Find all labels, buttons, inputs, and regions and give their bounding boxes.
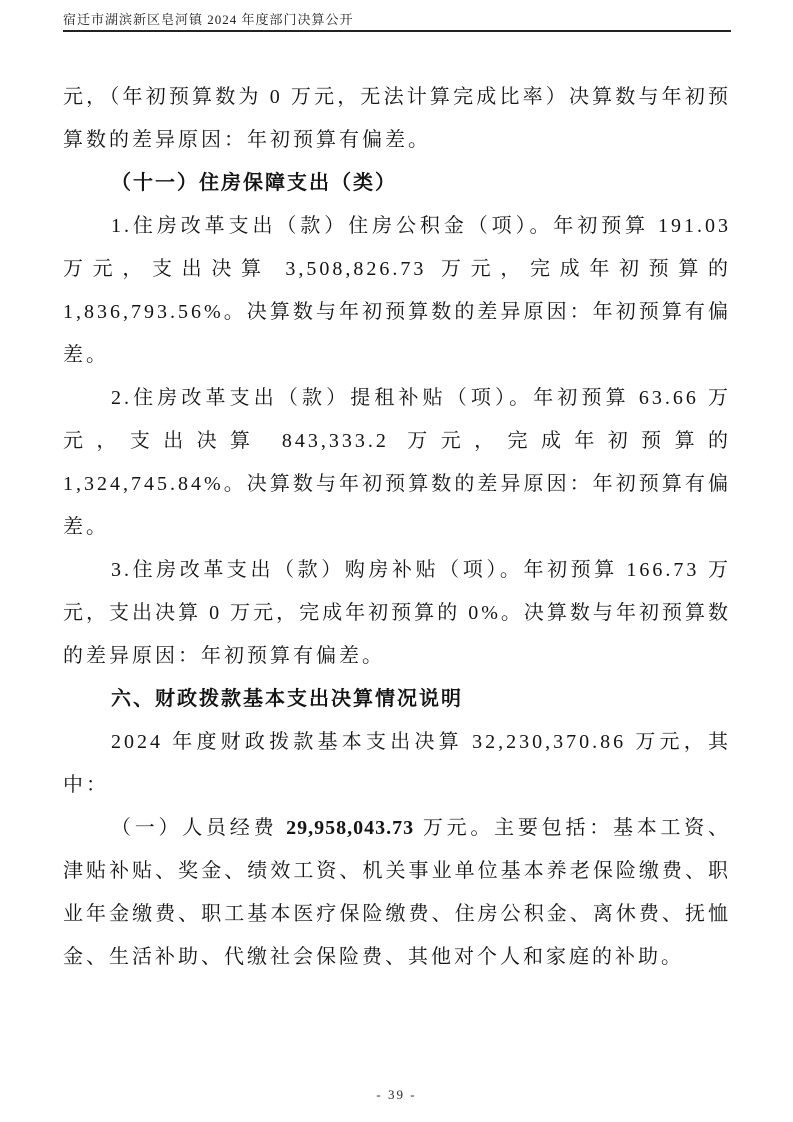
document-page: 宿迁市湖滨新区皂河镇 2024 年度部门决算公开 元，（年初预算数为 0 万元，… — [0, 0, 793, 1122]
heading-housing-security-expenditure: （十一）住房保障支出（类） — [63, 162, 731, 205]
page-number: - 39 - — [376, 1087, 416, 1102]
personnel-expenses-prefix: （一）人员经费 — [111, 817, 286, 839]
document-header: 宿迁市湖滨新区皂河镇 2024 年度部门决算公开 — [63, 12, 731, 32]
paragraph-carryover-variance: 元，（年初预算数为 0 万元，无法计算完成比率）决算数与年初预算数的差异原因：年… — [63, 76, 731, 162]
personnel-expenses-detail: 万元。主要包括：基本工资、津贴补贴、奖金、绩效工资、机关事业单位基本养老保险缴费… — [63, 817, 731, 968]
document-body: 元，（年初预算数为 0 万元，无法计算完成比率）决算数与年初预算数的差异原因：年… — [63, 76, 731, 979]
document-header-title: 宿迁市湖滨新区皂河镇 2024 年度部门决算公开 — [63, 12, 731, 27]
personnel-expenses-amount: 29,958,043.73 — [286, 817, 414, 839]
paragraph-rent-increase-subsidy: 2.住房改革支出（款）提租补贴（项）。年初预算 63.66 万元，支出决算 84… — [63, 377, 731, 549]
document-footer: - 39 - — [0, 1086, 793, 1104]
paragraph-personnel-expenses: （一）人员经费 29,958,043.73 万元。主要包括：基本工资、津贴补贴、… — [63, 807, 731, 979]
paragraph-housing-provident-fund: 1.住房改革支出（款）住房公积金（项）。年初预算 191.03 万元，支出决算 … — [63, 205, 731, 377]
header-divider-rule — [63, 30, 731, 32]
paragraph-house-purchase-subsidy: 3.住房改革支出（款）购房补贴（项）。年初预算 166.73 万元，支出决算 0… — [63, 549, 731, 678]
heading-fiscal-basic-expenditure-notes: 六、财政拨款基本支出决算情况说明 — [63, 678, 731, 721]
paragraph-basic-expenditure-total: 2024 年度财政拨款基本支出决算 32,230,370.86 万元，其中： — [63, 721, 731, 807]
